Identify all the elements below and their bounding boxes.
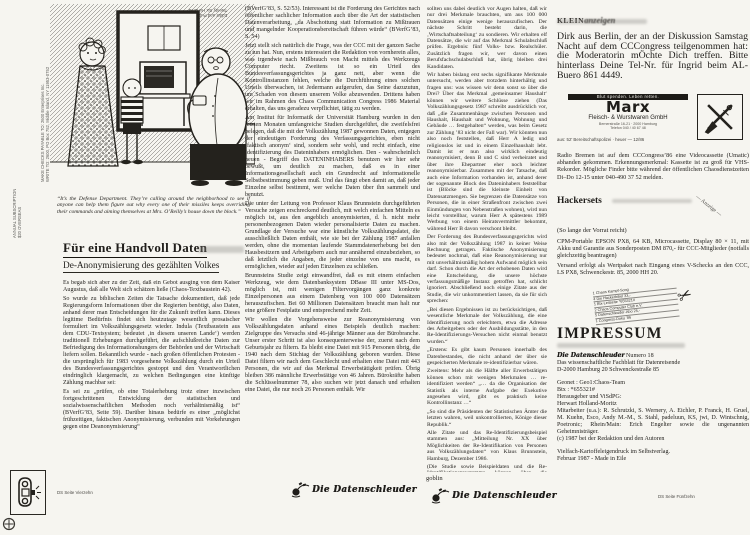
ink-smudge xyxy=(612,199,692,203)
impressum-line: Geonet : Geo1:Chaos-Team xyxy=(557,380,749,387)
datenschleuder-sling-icon xyxy=(430,488,450,504)
article-title: Für eine Handvoll Daten xyxy=(63,240,207,258)
classified-ad-dirk: Dirk aus Berlin, der an der Diskussion S… xyxy=(557,32,748,81)
article-paragraph: „Erstens: Es gibt kaum Personen innerhal… xyxy=(427,347,547,366)
stock-note: (So lange der Vorrat reicht) xyxy=(557,227,627,234)
article-paragraph: Wir haben bislang erst sechs signifikant… xyxy=(427,72,547,232)
datenschleuder-logo-text: Die Datenschleuder xyxy=(452,491,557,501)
cartoon-illustration xyxy=(50,4,255,194)
article-paragraph: (Die Studie sowie Beispieldaten und die … xyxy=(427,464,547,472)
cartoon-caption: “It’s the Defense Department. They’re ca… xyxy=(57,196,250,215)
article-paragraph: Es begab sich aber zu der Zeit, daß ein … xyxy=(63,280,240,294)
article-paragraph: So wurde zu biblischen Zeiten die Tatsac… xyxy=(63,296,240,387)
bug-stamp-icon xyxy=(15,476,41,510)
epson-offer-text: CPM-Portable EPSON PX8, 64 KB, Microcass… xyxy=(557,238,749,260)
ink-smudge xyxy=(557,19,647,24)
page-stamp-box xyxy=(10,470,46,515)
impressum-masthead-line: Die Datenschleuder Numero 18 xyxy=(557,352,749,360)
article-column-3: sollten uns dabei deutlich vor Augen hal… xyxy=(427,6,547,472)
datenschleuder-logo: Die Datenschleuder xyxy=(430,488,557,504)
article-subtitle: De-Anonymisierung des gezählten Volkes xyxy=(63,261,219,273)
article-paragraph: Am Institut für Informatik der Universit… xyxy=(245,115,420,199)
page-number-left: DS Seite Vierzehn xyxy=(57,490,93,495)
marx-logo-box xyxy=(697,94,743,140)
page-number-right: DS Seite Fünfzehn xyxy=(658,494,695,499)
hackersets-header: Hackersets xyxy=(557,196,602,206)
article-paragraph: sollten uns dabei deutlich vor Augen hal… xyxy=(427,6,547,70)
datenschleuder-logo-text: Die Datenschleuder xyxy=(312,485,417,495)
article-column-2: (BVerfG’83, S. 52/53). Interessant ist d… xyxy=(245,6,420,478)
datenschleuder-logo: Die Datenschleuder xyxy=(290,482,417,498)
ink-smudge xyxy=(557,343,685,348)
article-column-1: Es begab sich aber zu der Zeit, daß ein … xyxy=(63,280,240,484)
masthead-numero: Numero 18 xyxy=(626,353,654,359)
anzeige-note: — Anzeige — xyxy=(694,194,722,218)
impressum-line: Herausgeber und ViSdPG: xyxy=(557,394,749,401)
rotated-checks-note: MAKE CHECKS PAYABLE TO: 2600 Enterprises… xyxy=(40,52,50,182)
marx-ad-phone: Telefon 040 / 40 67 48 xyxy=(568,126,688,130)
datenschleuder-sling-icon xyxy=(290,482,310,498)
article-byline: goblin xyxy=(426,475,443,482)
impressum-line: D-2000 Hamburg 20 Schwenckestraße 85 xyxy=(557,367,749,374)
article-paragraph: „Bei diesen Ergebnissen ist zu berücksic… xyxy=(427,307,547,345)
ink-smudge xyxy=(198,246,244,253)
impressum-line: Btx : *655321# xyxy=(557,387,749,394)
impressum-line: Herwart Holland-Moritz xyxy=(557,401,749,408)
article-paragraph: Alle Zitate und das Re-Identifizierungsb… xyxy=(427,430,547,462)
article-paragraph: Zweitens: Mehr als die Hälfte aller Erwe… xyxy=(427,368,547,406)
masthead-name: Die Datenschleuder xyxy=(557,352,625,359)
order-coupon: 1 Chaos Kampf-Song 4 Die Hackerbibel 33,… xyxy=(592,283,679,325)
impressum-block: Die Datenschleuder Numero 18 Das wissens… xyxy=(557,352,749,463)
epson-offer: CPM-Portable EPSON PX8, 64 KB, Microcass… xyxy=(557,238,749,278)
marx-ad-type: Fleisch- & Wurstwaren GmbH xyxy=(568,115,688,122)
impressum-line: Februar 1987 - Made in Eile xyxy=(557,456,749,463)
article-paragraph: „So sind die Präsidenten der Statistisch… xyxy=(427,409,547,428)
impressum-line: Das wissenschaftliche Fachblatt für Date… xyxy=(557,360,749,367)
marx-ad-name: Marx xyxy=(568,100,688,115)
marx-ad: Blut spenden. Leben retten. Marx Fleisch… xyxy=(568,94,688,130)
article-paragraph: Der Forderung des Bundesverfassungsgeric… xyxy=(427,234,547,304)
impressum-header: IMPRESSUM xyxy=(557,325,663,343)
article-paragraph: Wir wollen die Vorgehensweise zur Reanon… xyxy=(245,317,420,394)
marx-ad-caption: aus: 52’ Bereitschaftspolizei · heuer — … xyxy=(557,137,707,142)
rotated-subscription-note: ANNUAL SUBSCRIPTION $20 OVERSEAS xyxy=(12,152,22,238)
impressum-line: (c) 1987 bei der Redaktion und den Autor… xyxy=(557,436,749,443)
article-paragraph: (BVerfG’83, S. 52/53). Interessant ist d… xyxy=(245,6,420,41)
article-paragraph: Die unter der Leitung von Professor Klau… xyxy=(245,201,420,271)
article-paragraph: Jetzt stellt sich natürlich die Frage, w… xyxy=(245,43,420,113)
crossed-cleavers-icon xyxy=(703,100,737,134)
corner-stamp-icon xyxy=(2,516,16,532)
article-paragraph: Brunnsteins Studie zeigt einwandfrei, da… xyxy=(245,273,420,315)
article-paragraph: Es sei zu „prüfen, ob eine Totalerhebung… xyxy=(63,389,240,431)
epson-offer-shipping: Versand erfolgt als Wertpaket nach Einga… xyxy=(557,262,749,276)
classified-ad-radio-bremen: Radio Bremen ist auf dem CCCongress’86 e… xyxy=(557,152,749,181)
subscription-line: $20 OVERSEAS xyxy=(17,152,22,238)
impressum-staff: Mitarbeiter (u.a.): R. Schrutzki, S. Wer… xyxy=(557,408,749,436)
impressum-line: Vielfach-Kartoffeleigendruck im Selbstve… xyxy=(557,449,749,456)
